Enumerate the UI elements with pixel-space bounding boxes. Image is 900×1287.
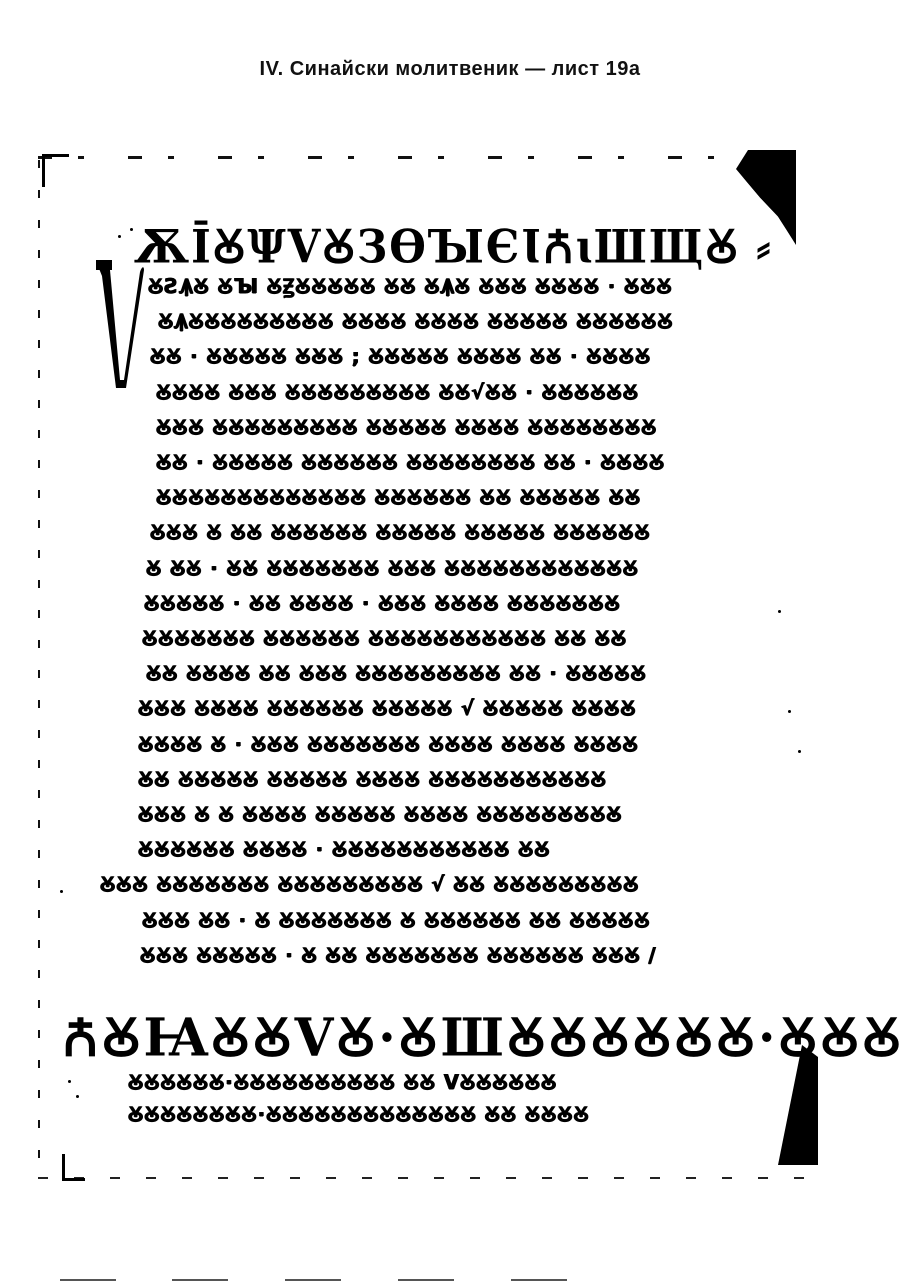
manuscript-heading: ѪĪꙊΨVꙊЗѲꙐЄꙆꙈꙇШЩꙊ ⸗ <box>134 214 772 277</box>
manuscript-line: ꙊꙊꙊꙊꙊꙊ ꙊꙊꙊꙊ · ꙊꙊꙊꙊꙊꙊꙊꙊꙊꙊꙊ ꙊꙊ <box>138 835 550 862</box>
manuscript-line: ꙊꙊꙊꙊ ꙊꙊꙊ ꙊꙊꙊꙊꙊꙊꙊꙊꙊ ꙊꙊ√ꙊꙊ · ꙊꙊꙊꙊꙊꙊ <box>156 378 639 405</box>
manuscript-line: ꙊꙊꙊ ꙊꙊꙊꙊꙊ · Ꙋ ꙊꙊ ꙊꙊꙊꙊꙊꙊꙊ ꙊꙊꙊꙊꙊꙊ ꙊꙊꙊ / <box>140 941 657 968</box>
manuscript-line: ꙊꙊꙊ Ꙋ ꙊꙊ ꙊꙊꙊꙊꙊꙊ ꙊꙊꙊꙊꙊ ꙊꙊꙊꙊꙊ ꙊꙊꙊꙊꙊꙊ <box>150 518 651 545</box>
manuscript-line: ꙊꙊꙊꙊꙊꙊꙊꙊꙊꙊꙊꙊꙊ ꙊꙊꙊꙊꙊꙊ ꙊꙊ ꙊꙊꙊꙊꙊ ꙊꙊ <box>156 483 641 510</box>
manuscript-line: ꙊꙊꙊ Ꙋ Ꙋ ꙊꙊꙊꙊ ꙊꙊꙊꙊꙊ ꙊꙊꙊꙊ ꙊꙊꙊꙊꙊꙊꙊꙊꙊ <box>138 800 622 827</box>
footer-marks <box>0 1279 900 1283</box>
page-corner-mark <box>42 154 69 187</box>
manuscript-line: Ꙋ ꙊꙊ · ꙊꙊ ꙊꙊꙊꙊꙊꙊꙊ ꙊꙊꙊ ꙊꙊꙊꙊꙊꙊꙊꙊꙊꙊꙊꙊ <box>146 554 639 581</box>
page-edge-left <box>38 160 40 1180</box>
manuscript-line: ꙊꙊꙊ ꙊꙊꙊꙊꙊꙊꙊ ꙊꙊꙊꙊꙊꙊꙊꙊꙊ √ ꙊꙊ ꙊꙊꙊꙊꙊꙊꙊꙊꙊ <box>100 870 639 897</box>
manuscript-line: ꙊꙊꙊꙊꙊ · ꙊꙊ ꙊꙊꙊꙊ · ꙊꙊꙊ ꙊꙊꙊꙊ ꙊꙊꙊꙊꙊꙊꙊ <box>144 589 621 616</box>
page-edge-top <box>38 156 798 159</box>
manuscript-line: ꙊꙊꙊꙊꙊꙊꙊ ꙊꙊꙊꙊꙊꙊ ꙊꙊꙊꙊꙊꙊꙊꙊꙊꙊꙊ ꙊꙊ ꙊꙊ <box>142 624 627 651</box>
manuscript-line: ꙊꙞꙊꙊꙊꙊꙊꙊꙊꙊꙊ ꙊꙊꙊꙊ ꙊꙊꙊꙊ ꙊꙊꙊꙊꙊ ꙊꙊꙊꙊꙊꙊ <box>158 307 673 334</box>
manuscript-line: ꙊꙊꙊ ꙊꙊꙊꙊꙊꙊꙊꙊꙊ ꙊꙊꙊꙊꙊ ꙊꙊꙊꙊ ꙊꙊꙊꙊꙊꙊꙊꙊ <box>156 413 657 440</box>
manuscript-page: ѪĪꙊΨVꙊЗѲꙐЄꙆꙈꙇШЩꙊ ⸗ ꙊꙄꙞꙊ ꙊꙐ ꙊꙂꙊꙊꙊꙊꙊ ꙊꙊ ꙊꙞ… <box>38 150 818 1185</box>
manuscript-line: ꙊꙊ ꙊꙊꙊꙊ ꙊꙊ ꙊꙊꙊ ꙊꙊꙊꙊꙊꙊꙊꙊꙊ ꙊꙊ · ꙊꙊꙊꙊꙊ <box>146 659 647 686</box>
manuscript-line: ꙊꙊꙊ ꙊꙊꙊꙊ ꙊꙊꙊꙊꙊꙊ ꙊꙊꙊꙊꙊ √ ꙊꙊꙊꙊꙊ ꙊꙊꙊꙊ <box>138 694 637 721</box>
manuscript-line: ꙊꙊꙊꙊꙊꙊ·ꙊꙊꙊꙊꙊꙊꙊꙊꙊꙊ ꙊꙊ VꙊꙊꙊꙊꙊꙊ <box>128 1068 557 1095</box>
page-edge-bottom <box>38 1177 818 1179</box>
manuscript-line: ꙊꙊꙊ ꙊꙊ · Ꙋ ꙊꙊꙊꙊꙊꙊꙊ Ꙋ ꙊꙊꙊꙊꙊꙊ ꙊꙊ ꙊꙊꙊꙊꙊ <box>142 906 651 933</box>
manuscript-line: ꙊꙊꙊꙊ Ꙋ · ꙊꙊꙊ ꙊꙊꙊꙊꙊꙊꙊ ꙊꙊꙊꙊ ꙊꙊꙊꙊ ꙊꙊꙊꙊ <box>138 730 639 757</box>
page-corner-mark <box>62 1154 85 1181</box>
manuscript-line: ꙊꙊꙊꙊꙊꙊꙊꙊ·ꙊꙊꙊꙊꙊꙊꙊꙊꙊꙊꙊꙊꙊ ꙊꙊ ꙊꙊꙊꙊ <box>128 1100 590 1127</box>
initial-letter-v <box>96 260 146 390</box>
manuscript-line: ꙊꙊ · ꙊꙊꙊꙊꙊ ꙊꙊꙊ ; ꙊꙊꙊꙊꙊ ꙊꙊꙊꙊ ꙊꙊ · ꙊꙊꙊꙊ <box>150 342 651 369</box>
manuscript-line: ꙊꙊ ꙊꙊꙊꙊꙊ ꙊꙊꙊꙊꙊ ꙊꙊꙊꙊ ꙊꙊꙊꙊꙊꙊꙊꙊꙊꙊꙊ <box>138 765 607 792</box>
caption-title: IV. Синайски молитвеник — лист 19а <box>0 58 900 81</box>
manuscript-line: ꙊꙄꙞꙊ ꙊꙐ ꙊꙂꙊꙊꙊꙊꙊ ꙊꙊ ꙊꙞꙊ ꙊꙊꙊ ꙊꙊꙊꙊ · ꙊꙊꙊ <box>148 272 673 299</box>
manuscript-heading: ꙈꙊꙖꙊꙊVꙊ·ꙊШꙊꙊꙊꙊꙊꙊ·ꙊꙊꙊ <box>62 1000 900 1071</box>
manuscript-line: ꙊꙊ · ꙊꙊꙊꙊꙊ ꙊꙊꙊꙊꙊꙊ ꙊꙊꙊꙊꙊꙊꙊꙊ ꙊꙊ · ꙊꙊꙊꙊ <box>156 448 665 475</box>
